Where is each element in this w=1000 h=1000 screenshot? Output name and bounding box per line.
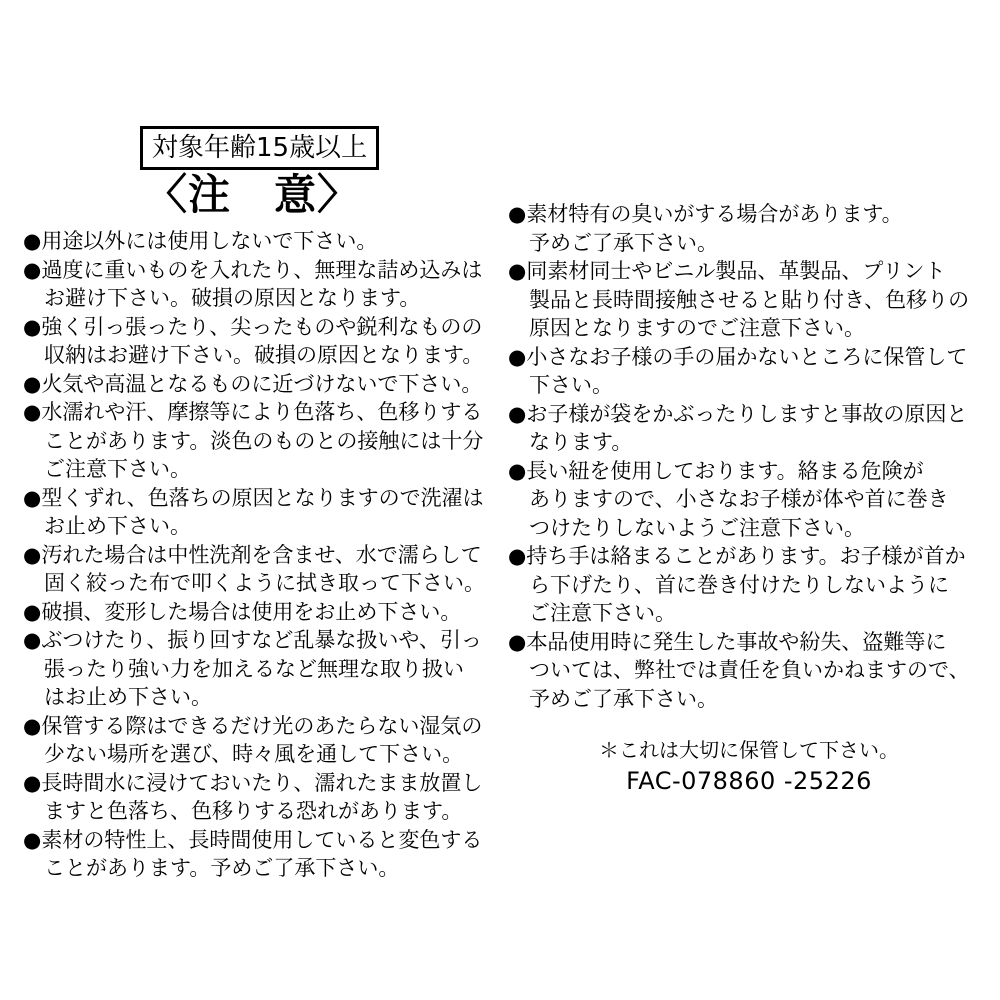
notice-line-continuation: 予めご了承下さい。: [529, 685, 990, 714]
notice-line: ●小さなお子様の手の届かないところに保管して: [508, 343, 990, 372]
notice-line-continuation: 少ない場所を選び、時々風を通して下さい。: [44, 740, 501, 769]
notice-line: ●過度に重いものを入れたり、無理な詰め込みは: [23, 256, 501, 285]
notice-line-continuation: ら下げたり、首に巻き付けたりしないように: [529, 571, 990, 600]
notice-line-continuation: なります。: [529, 428, 990, 457]
notice-line: ●本品使用時に発生した事故や紛失、盗難等に: [508, 628, 990, 657]
notice-item: ●小さなお子様の手の届かないところに保管して下さい。: [508, 343, 990, 400]
notice-line: ●同素材同士やビニル製品、革製品、プリント: [508, 257, 990, 286]
notice-item: ●強く引っ張ったり、尖ったものや鋭利なものの収納はお避け下さい。破損の原因となり…: [23, 313, 501, 370]
notice-line-continuation: ありますので、小さなお子様が体や首に巻き: [529, 485, 990, 514]
keep-this-note: ＊これは大切に保管して下さい。: [508, 735, 990, 765]
notice-line: ●ぶつけたり、振り回すなど乱暴な扱いや、引っ: [23, 626, 501, 655]
notice-item: ●素材の特性上、長時間使用していると変色することがあります。予めご了承下さい。: [23, 826, 501, 883]
notice-line: ●お子様が袋をかぶったりしますと事故の原因と: [508, 400, 990, 429]
notice-item: ●水濡れや汗、摩擦等により色落ち、色移りすることがあります。淡色のものとの接触に…: [23, 398, 501, 484]
notice-item: ●ぶつけたり、振り回すなど乱暴な扱いや、引っ張ったり強い力を加えるなど無理な取り…: [23, 626, 501, 712]
notice-item: ●同素材同士やビニル製品、革製品、プリント製品と長時間接触させると貼り付き、色移…: [508, 257, 990, 343]
notice-line-continuation: ますと色落ち、色移りする恐れがあります。: [44, 797, 501, 826]
notice-item: ●型くずれ、色落ちの原因となりますので洗濯はお止め下さい。: [23, 484, 501, 541]
notice-line: ●素材の特性上、長時間使用していると変色する: [23, 826, 501, 855]
notice-line-continuation: 予めご了承下さい。: [529, 229, 990, 258]
notice-item: ●お子様が袋をかぶったりしますと事故の原因となります。: [508, 400, 990, 457]
notice-line: ●長時間水に浸けておいたり、濡れたまま放置し: [23, 769, 501, 798]
notice-line: ●水濡れや汗、摩擦等により色落ち、色移りする: [23, 398, 501, 427]
notice-item: ●破損、変形した場合は使用をお止め下さい。: [23, 598, 501, 627]
notice-line-continuation: 固く絞った布で叩くように拭き取って下さい。: [44, 569, 501, 598]
footer: ＊これは大切に保管して下さい。 FAC-078860 -25226: [508, 735, 990, 797]
notice-item: ●長い紐を使用しております。絡まる危険がありますので、小さなお子様が体や首に巻き…: [508, 457, 990, 543]
notice-line-continuation: 張ったり強い力を加えるなど無理な取り扱い: [44, 655, 501, 684]
notice-line: ●破損、変形した場合は使用をお止め下さい。: [23, 598, 501, 627]
notice-column-left: ●用途以外には使用しないで下さい。●過度に重いものを入れたり、無理な詰め込みはお…: [23, 227, 501, 883]
notice-item: ●素材特有の臭いがする場合があります。予めご了承下さい。: [508, 200, 990, 257]
notice-line-continuation: 収納はお避け下さい。破損の原因となります。: [44, 341, 501, 370]
notice-item: ●用途以外には使用しないで下さい。: [23, 227, 501, 256]
footer-block: ＊これは大切に保管して下さい。 FAC-078860 -25226: [508, 713, 990, 797]
notice-line: ●長い紐を使用しております。絡まる危険が: [508, 457, 990, 486]
notice-line: ●保管する際はできるだけ光のあたらない湿気の: [23, 712, 501, 741]
product-code: FAC-078860 -25226: [508, 765, 990, 797]
age-restriction-box: 対象年齢15歳以上: [140, 126, 379, 170]
notice-line-continuation: つけたりしないようご注意下さい。: [529, 514, 990, 543]
notice-line-continuation: 原因となりますのでご注意下さい。: [529, 314, 990, 343]
notice-line: ●用途以外には使用しないで下さい。: [23, 227, 501, 256]
notice-item: ●持ち手は絡まることがあります。お子様が首から下げたり、首に巻き付けたりしないよ…: [508, 542, 990, 628]
notice-line: ●強く引っ張ったり、尖ったものや鋭利なものの: [23, 313, 501, 342]
notice-item: ●過度に重いものを入れたり、無理な詰め込みはお避け下さい。破損の原因となります。: [23, 256, 501, 313]
notice-line-continuation: ことがあります。予めご了承下さい。: [44, 854, 501, 883]
notice-line-continuation: ついては、弊社では責任を負いかねますので、: [529, 656, 990, 685]
notice-column-right: ●素材特有の臭いがする場合があります。予めご了承下さい。●同素材同士やビニル製品…: [508, 200, 990, 713]
page-title: 〈注 意〉: [0, 167, 505, 223]
notice-line: ●素材特有の臭いがする場合があります。: [508, 200, 990, 229]
notice-item: ●本品使用時に発生した事故や紛失、盗難等については、弊社では責任を負いかねますの…: [508, 628, 990, 714]
notice-line: ●持ち手は絡まることがあります。お子様が首か: [508, 542, 990, 571]
notice-line: ●火気や高温となるものに近づけないで下さい。: [23, 370, 501, 399]
caution-sheet: 対象年齢15歳以上 〈注 意〉 ●用途以外には使用しないで下さい。●過度に重いも…: [0, 0, 1000, 1000]
notice-line-continuation: ご注意下さい。: [529, 599, 990, 628]
notice-line: ●型くずれ、色落ちの原因となりますので洗濯は: [23, 484, 501, 513]
notice-line-continuation: はお止め下さい。: [44, 683, 501, 712]
notice-item: ●長時間水に浸けておいたり、濡れたまま放置しますと色落ち、色移りする恐れがありま…: [23, 769, 501, 826]
notice-line-continuation: ことがあります。淡色のものとの接触には十分: [44, 427, 501, 456]
notice-line-continuation: 製品と長時間接触させると貼り付き、色移りの: [529, 286, 990, 315]
notice-item: ●火気や高温となるものに近づけないで下さい。: [23, 370, 501, 399]
notice-line-continuation: お避け下さい。破損の原因となります。: [44, 284, 501, 313]
notice-line-continuation: 下さい。: [529, 371, 990, 400]
notice-line-continuation: ご注意下さい。: [44, 455, 501, 484]
notice-line-continuation: お止め下さい。: [44, 512, 501, 541]
notice-item: ●保管する際はできるだけ光のあたらない湿気の少ない場所を選び、時々風を通して下さ…: [23, 712, 501, 769]
notice-line: ●汚れた場合は中性洗剤を含ませ、水で濡らして: [23, 541, 501, 570]
notice-item: ●汚れた場合は中性洗剤を含ませ、水で濡らして固く絞った布で叩くように拭き取って下…: [23, 541, 501, 598]
